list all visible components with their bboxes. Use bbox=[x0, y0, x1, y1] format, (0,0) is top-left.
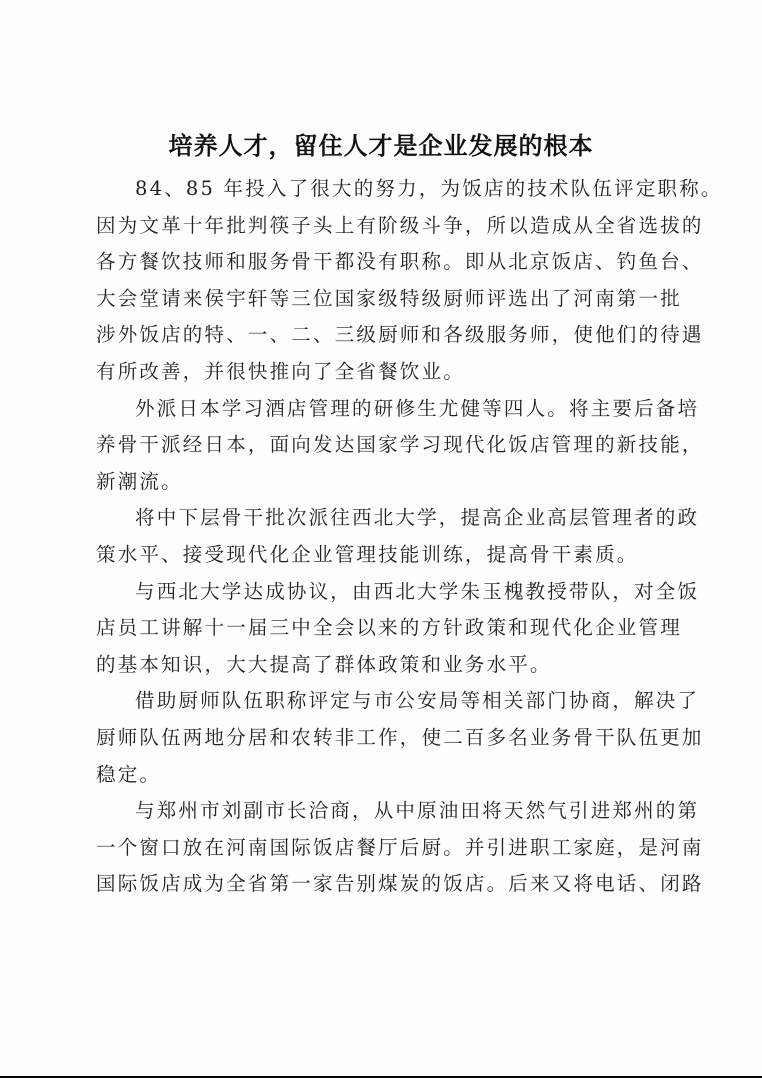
document-body: 84、85 年投入了很大的努力，为饭店的技术队伍评定职称。 因为文革十年批判筷子… bbox=[96, 171, 676, 903]
text-line: 外派日本学习酒店管理的研修生尤健等四人。将主要后备培 bbox=[96, 391, 676, 428]
text-line: 的基本知识，大大提高了群体政策和业务水平。 bbox=[96, 647, 676, 684]
text-line: 店员工讲解十一届三中全会以来的方针政策和现代化企业管理 bbox=[96, 610, 676, 647]
text-line: 一个窗口放在河南国际饭店餐厅后厨。并引进职工家庭，是河南 bbox=[96, 830, 676, 867]
text-line: 各方餐饮技师和服务骨干都没有职称。即从北京饭店、钓鱼台、 bbox=[96, 244, 676, 281]
text-line: 涉外饭店的特、一、二、三级厨师和各级服务师，使他们的待遇 bbox=[96, 317, 676, 354]
text-line: 大会堂请来侯宇轩等三位国家级特级厨师评选出了河南第一批 bbox=[96, 281, 676, 318]
text-line: 84、85 年投入了很大的努力，为饭店的技术队伍评定职称。 bbox=[96, 171, 676, 208]
text-line: 借助厨师队伍职称评定与市公安局等相关部门协商，解决了 bbox=[96, 683, 676, 720]
text-line: 策水平、接受现代化企业管理技能训练，提高骨干素质。 bbox=[96, 537, 676, 574]
text-line: 厨师队伍两地分居和农转非工作，使二百多名业务骨干队伍更加 bbox=[96, 720, 676, 757]
text-line: 因为文革十年批判筷子头上有阶级斗争，所以造成从全省选拔的 bbox=[96, 208, 676, 245]
text-line: 新潮流。 bbox=[96, 464, 676, 501]
text-line: 稳定。 bbox=[96, 757, 676, 794]
text-line: 养骨干派经日本，面向发达国家学习现代化饭店管理的新技能， bbox=[96, 427, 676, 464]
text-line: 与郑州市刘副市长洽商，从中原油田将天然气引进郑州的第 bbox=[96, 793, 676, 830]
text-line: 有所改善，并很快推向了全省餐饮业。 bbox=[96, 354, 676, 391]
text-line: 与西北大学达成协议，由西北大学朱玉槐教授带队，对全饭 bbox=[96, 574, 676, 611]
page-title: 培养人才，留住人才是企业发展的根本 bbox=[0, 126, 762, 161]
text-line: 国际饭店成为全省第一家告别煤炭的饭店。后来又将电话、闭路 bbox=[96, 866, 676, 903]
text-line: 将中下层骨干批次派往西北大学，提高企业高层管理者的政 bbox=[96, 500, 676, 537]
